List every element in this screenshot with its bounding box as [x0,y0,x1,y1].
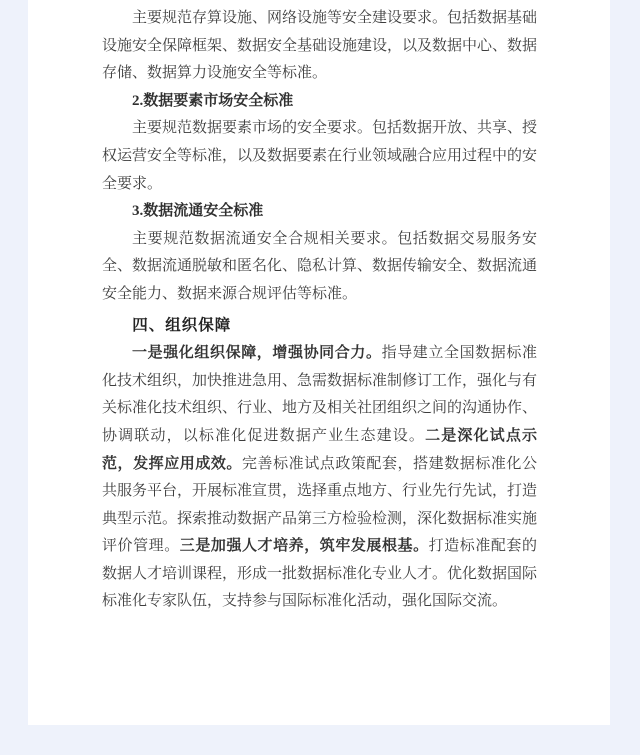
paragraph-data-element-market-security: 主要规范数据要素市场的安全要求。包括数据开放、共享、授权运营安全等标准，以及数据… [102,115,537,198]
text-run: 主要规范存算设施、网络设施等安全建设要求。包括数据基础设施安全保障框架、数据安全… [102,10,537,81]
section-heading-4: 四、组织保障 [102,312,537,340]
document-page: 主要规范存算设施、网络设施等安全建设要求。包括数据基础设施安全保障框架、数据安全… [28,0,610,725]
paragraph-compute-storage-security: 主要规范存算设施、网络设施等安全建设要求。包括数据基础设施安全保障框架、数据安全… [102,5,537,88]
text-run: 主要规范数据流通安全合规相关要求。包括数据交易服务安全、数据流通脱敏和匿名化、隐… [102,231,537,302]
bold-text-run: 一是强化组织保障，增强协同合力。 [132,345,382,361]
paragraph-data-circulation-security: 主要规范数据流通安全合规相关要求。包括数据交易服务安全、数据流通脱敏和匿名化、隐… [102,226,537,309]
text-run: 主要规范数据要素市场的安全要求。包括数据开放、共享、授权运营安全等标准，以及数据… [102,120,537,191]
paragraph-organizational-safeguards: 一是强化组织保障，增强协同合力。指导建立全国数据标准化技术组织，加快推进急用、急… [102,340,537,616]
document-viewer-background: 主要规范存算设施、网络设施等安全建设要求。包括数据基础设施安全保障框架、数据安全… [0,0,640,755]
subsection-heading-2: 2.数据要素市场安全标准 [102,88,537,116]
bold-text-run: 三是加强人才培养，筑牢发展根基。 [180,538,429,554]
subsection-heading-3: 3.数据流通安全标准 [102,198,537,226]
document-content: 主要规范存算设施、网络设施等安全建设要求。包括数据基础设施安全保障框架、数据安全… [28,0,610,616]
